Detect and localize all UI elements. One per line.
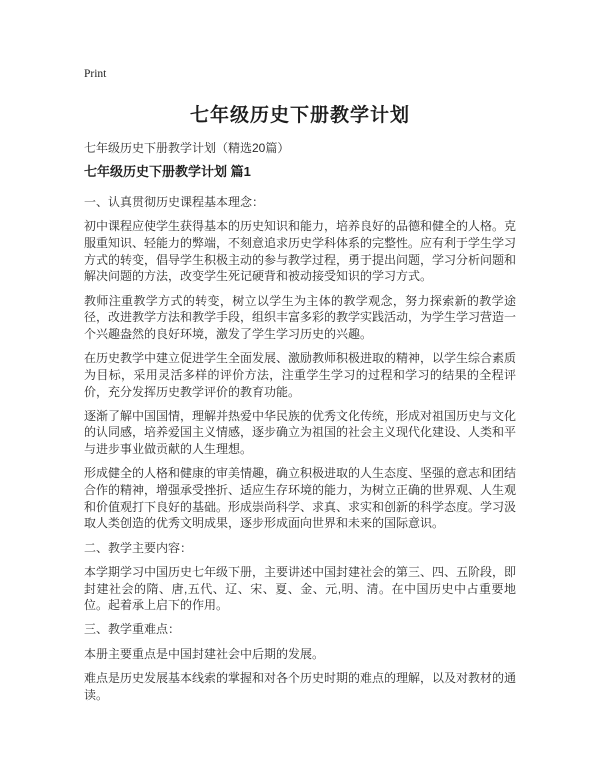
document-page: Print 七年级历史下册教学计划 七年级历史下册教学计划（精选20篇） 七年级… xyxy=(0,0,600,776)
paragraph-key-points-heading: 三、教学重难点： xyxy=(84,621,516,638)
paragraph-difficult-point: 难点是历史发展基本线索的掌握和对各个历史时期的难点的理解，以及对教材的通读。 xyxy=(84,670,516,703)
paragraph-personality: 形成健全的人格和健康的审美情趣，确立积极进取的人生态度、坚强的意志和团结合作的精… xyxy=(84,465,516,532)
paragraph-key-point: 本册主要重点是中国封建社会中后期的发展。 xyxy=(84,646,516,663)
document-subtitle: 七年级历史下册教学计划（精选20篇） xyxy=(84,140,516,156)
paragraph-evaluation: 在历史教学中建立促进学生全面发展、激励教师积极进取的精神，以学生综合素质为目标，… xyxy=(84,350,516,400)
paragraph-basic-concepts-heading: 一、认真贯彻历史课程基本理念： xyxy=(84,194,516,211)
print-link[interactable]: Print xyxy=(84,67,106,81)
paragraph-main-content-heading: 二、教学主要内容： xyxy=(84,540,516,557)
page-title: 七年级历史下册教学计划 xyxy=(84,104,516,128)
paragraph-teaching-methods: 教师注重教学方式的转变，树立以学生为主体的教学观念，努力探索新的教学途径，改进教… xyxy=(84,293,516,343)
paragraph-patriotism: 逐渐了解中国国情，理解并热爱中华民族的优秀文化传统，形成对祖国历史与文化的认同感… xyxy=(84,408,516,458)
section-heading: 七年级历史下册教学计划 篇1 xyxy=(84,164,516,180)
paragraph-semester-content: 本学期学习中国历史七年级下册，主要讲述中国封建社会的第三、四、五阶段，即封建社会… xyxy=(84,564,516,614)
paragraph-course-goals: 初中课程应使学生获得基本的历史知识和能力，培养良好的品德和健全的人格。克服重知识… xyxy=(84,218,516,285)
